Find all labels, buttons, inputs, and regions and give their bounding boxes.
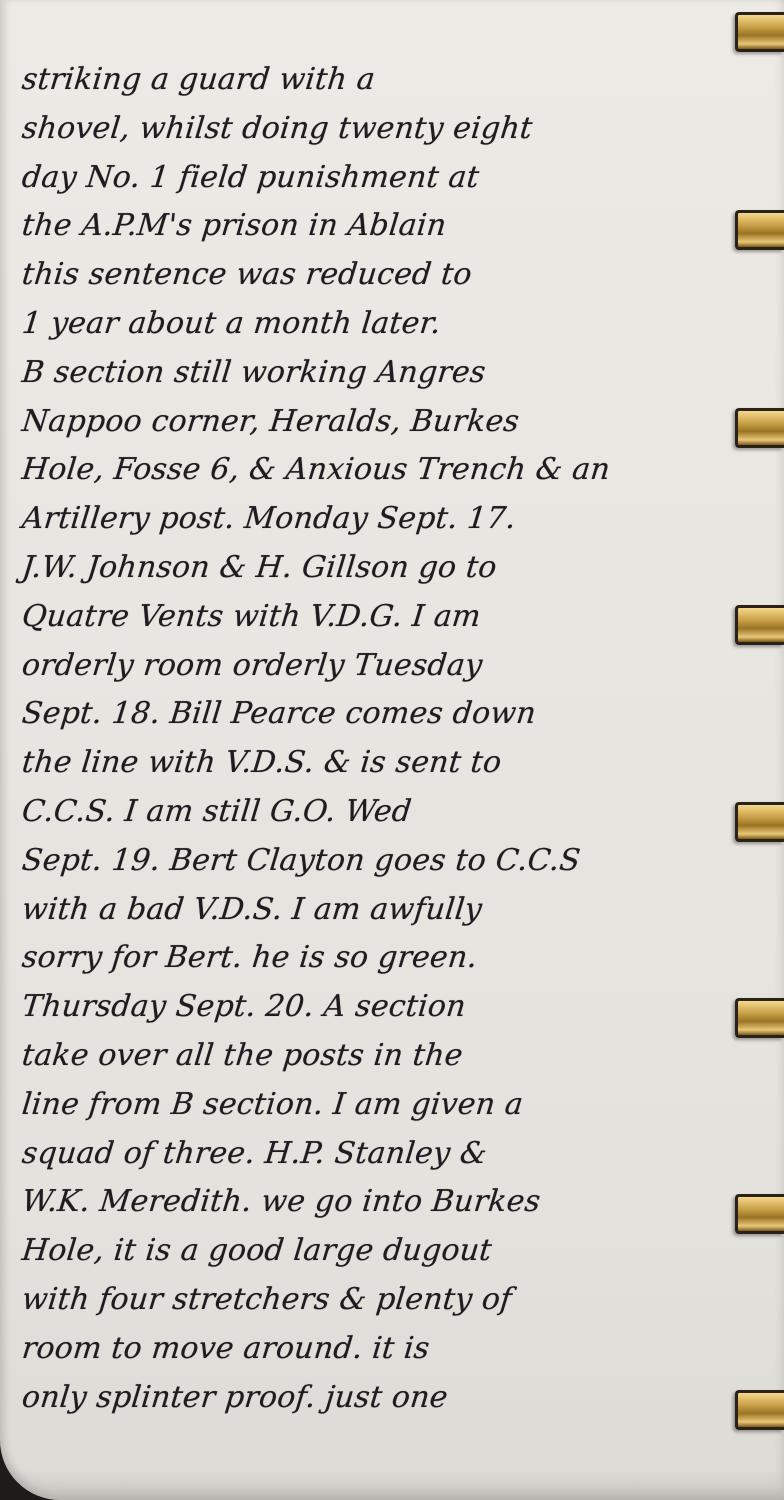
text-line: Artillery post. Monday Sept. 17. <box>19 495 784 544</box>
text-line: squad of three. H.P. Stanley & <box>19 1130 784 1179</box>
text-line: only splinter proof. just one <box>19 1374 784 1423</box>
text-line: take over all the posts in the <box>19 1032 784 1081</box>
text-line: striking a guard with a <box>19 56 784 105</box>
text-line: Sept. 19. Bert Clayton goes to C.C.S <box>19 837 784 886</box>
spiral-ring-icon <box>735 802 784 842</box>
diary-page: striking a guard with a shovel, whilst d… <box>0 0 784 1500</box>
spiral-ring-icon <box>735 998 784 1038</box>
text-line: sorry for Bert. he is so green. <box>19 934 784 983</box>
text-line: Hole, it is a good large dugout <box>19 1227 784 1276</box>
text-line: with four stretchers & plenty of <box>19 1276 784 1325</box>
text-line: room to move around. it is <box>19 1325 784 1374</box>
text-line: this sentence was reduced to <box>19 251 784 300</box>
spiral-ring-icon <box>735 210 784 250</box>
page-bottom-edge <box>0 1470 784 1500</box>
text-line: 1 year about a month later. <box>19 300 784 349</box>
text-line: Hole, Fosse 6, & Anxious Trench & an <box>19 446 784 495</box>
text-line: the A.P.M's prison in Ablain <box>19 202 784 251</box>
text-line: orderly room orderly Tuesday <box>19 642 784 691</box>
text-line: Thursday Sept. 20. A section <box>19 983 784 1032</box>
spiral-ring-icon <box>735 605 784 645</box>
handwritten-text: striking a guard with a shovel, whilst d… <box>22 56 782 1422</box>
text-line: B section still working Angres <box>19 349 784 398</box>
text-line: the line with V.D.S. & is sent to <box>19 739 784 788</box>
spiral-ring-icon <box>735 408 784 448</box>
text-line: J.W. Johnson & H. Gillson go to <box>19 544 784 593</box>
text-line: day No. 1 field punishment at <box>19 154 784 203</box>
spiral-ring-icon <box>735 12 784 52</box>
text-line: shovel, whilst doing twenty eight <box>19 105 784 154</box>
text-line: line from B section. I am given a <box>19 1081 784 1130</box>
spiral-ring-icon <box>735 1390 784 1430</box>
text-line: Nappoo corner, Heralds, Burkes <box>19 398 784 447</box>
text-line: C.C.S. I am still G.O. Wed <box>19 788 784 837</box>
text-line: Sept. 18. Bill Pearce comes down <box>19 690 784 739</box>
text-line: with a bad V.D.S. I am awfully <box>19 886 784 935</box>
text-line: W.K. Meredith. we go into Burkes <box>19 1178 784 1227</box>
text-line: Quatre Vents with V.D.G. I am <box>19 593 784 642</box>
spiral-ring-icon <box>735 1194 784 1234</box>
